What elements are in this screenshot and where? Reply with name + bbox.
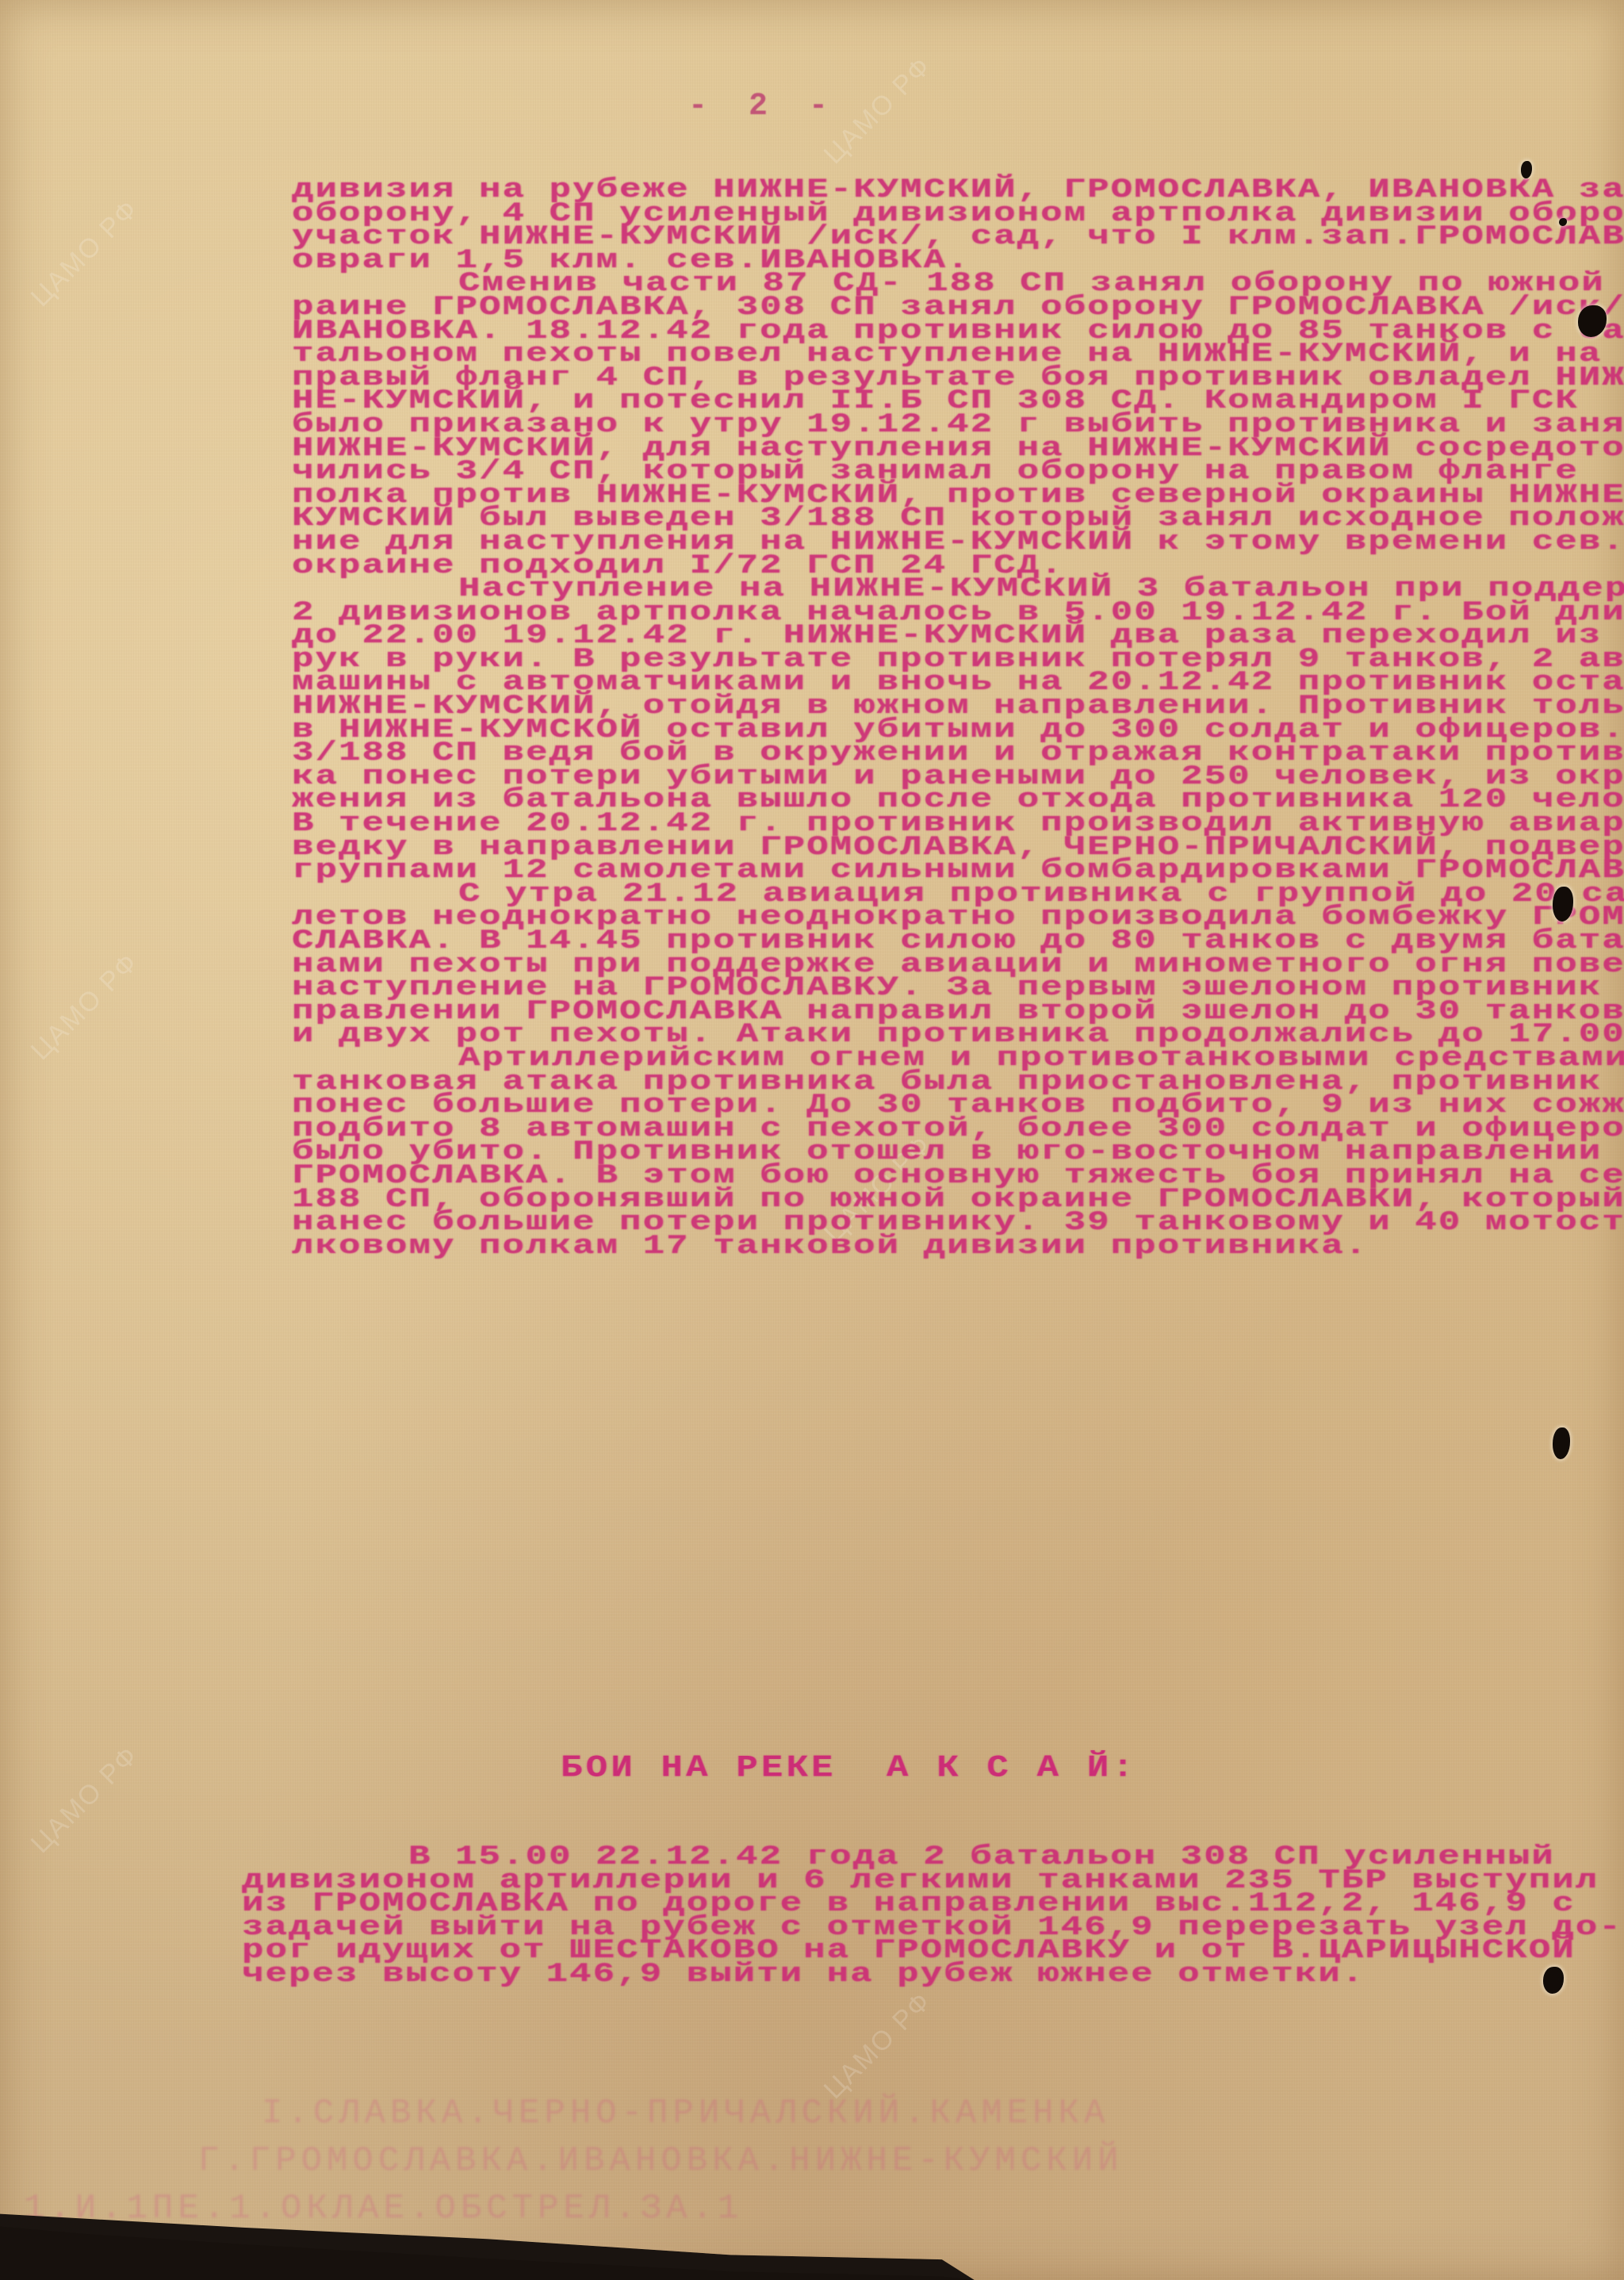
typed-line: жения из батальона вышло после отхода пр… [292,791,1624,808]
bleed-through-text: 1.И.1ПЕ.1.ОКЛАЕ.ОБСТРЕЛ.ЗА.1 [24,2189,743,2228]
document-page: ЦАМО РФ ЦАМО РФ ЦАМО РФ ЦАМО РФ ЦАМО РФ … [0,0,1624,2280]
typed-line: ГРОМОСЛАВКА. В этом бою основную тяжесть… [292,1167,1624,1184]
typed-line: до 22.00 19.12.42 г. НИЖНЕ-КУМСКИЙ два р… [292,627,1624,644]
typed-line: в НИЖНЕ-КУМСКОЙ оставил убитыми до 300 с… [292,721,1624,738]
typed-line: наступление на ГРОМОСЛАВКУ. За первым эш… [292,979,1624,996]
typed-line: было убито. Противник отошел в юго-восто… [292,1143,1624,1160]
typed-line: правый фланг 4 СП, в результате боя прот… [292,369,1624,386]
typed-line: машины с автоматчиками и вночь на 20.12.… [292,673,1624,691]
typed-line: и двух рот пехоты. Атаки противника прод… [292,1025,1624,1043]
page-number-marker: - 2 - [688,89,839,125]
typed-line: ние для наступления на НИЖНЕ-КУМСКИЙ к э… [292,533,1624,550]
typed-line: раине ГРОМОСЛАВКА, 308 СП занял оборону … [292,298,1624,316]
report-body-section-2: В 15.00 22.12.42 года 2 батальон 308 СП … [242,1848,1590,1989]
typed-line: тальоном пехоты повел наступление на НИЖ… [292,345,1624,362]
typed-line: танковая атака противника была приостано… [292,1073,1624,1090]
typed-line: НИЖНЕ-КУМСКИЙ, для наступления на НИЖНЕ-… [292,439,1624,457]
typed-line: СЛАВКА. В 14.45 противник силою до 80 та… [292,932,1624,949]
typed-line: оборону, 4 СП усиленный дивизионом артпо… [292,205,1624,222]
section-heading-aksay: БОИ НА РЕКЕ А К С А Й: [561,1750,1137,1785]
typed-line: Сменив части 87 СД- 188 СП занял оборону… [292,274,1624,292]
typed-line: группами 12 самолетами сильными бомбарди… [292,861,1624,879]
paper-damage-hole [1553,1427,1570,1459]
typed-line: рог идущих от ШЕСТАКОВО на ГРОМОСЛАВКУ и… [242,1941,1590,1959]
typed-line: лковому полкам 17 танковой дивизии проти… [292,1237,1624,1255]
typed-line: нами пехоты при поддержке авиации и мино… [292,956,1624,973]
typed-line: ИВАНОВКА. 18.12.42 года противник силою … [292,322,1624,339]
typed-line: нанес большие потери противнику. 39 танк… [292,1213,1624,1231]
typed-line: было приказано к утру 19.12.42 г выбить … [292,416,1624,433]
report-body-section-1: дивизия на рубеже НИЖНЕ-КУМСКИЙ, ГРОМОСЛ… [292,181,1624,1260]
bleed-through-text: Г.ГРОМОСЛАВКА.ИВАНОВКА.НИЖНЕ-КУМСКИЙ [198,2141,1124,2181]
typed-line: ведку в направлении ГРОМОСЛАВКА, ЧЕРНО-П… [292,838,1624,856]
typed-line: из ГРОМОСЛАВКА по дороге в направлении в… [242,1895,1590,1912]
typed-line: окраине подходил I/72 ГСП 24 ГСД. [292,557,1624,574]
typed-line: НЕ-КУМСКИЙ, и потеснил II.Б СП 308 СД. К… [292,392,1624,409]
typed-line: дивизия на рубеже НИЖНЕ-КУМСКИЙ, ГРОМОСЛ… [292,181,1624,198]
typed-line: 3/188 СП ведя бой в окружении и отражая … [292,744,1624,761]
typed-line: В течение 20.12.42 г. противник производ… [292,814,1624,832]
typed-line: дивизионом артиллерии и 6 легкими танкам… [242,1872,1590,1889]
typed-line: КУМСКИЙ был выведен 3/188 СП который зан… [292,509,1624,527]
archive-watermark: ЦАМО РФ [25,1740,145,1860]
typed-line: 2 дивизионов артполка началось в 5.00 19… [292,604,1624,621]
paper-damage-hole [1543,1967,1564,1994]
typed-line: подбито 8 автомашин с пехотой, более 300… [292,1120,1624,1137]
typed-line: чились 3/4 СП, который занимал оборону н… [292,462,1624,480]
typed-line: 188 СП, оборонявший по южной окраине ГРО… [292,1190,1624,1208]
bleed-through-text: I.СЛАВКА.ЧЕРНО-ПРИЧАЛСКИЙ.КАМЕНКА [262,2094,1109,2133]
archive-watermark: ЦАМО РФ [25,947,145,1067]
typed-line: летов неоднократно неоднократно производ… [292,908,1624,925]
archive-watermark: ЦАМО РФ [818,1986,938,2106]
typed-line: Артиллерийским огнем и противотанковыми … [292,1049,1624,1067]
typed-line: В 15.00 22.12.42 года 2 батальон 308 СП … [242,1848,1590,1865]
typed-line: Наступление на НИЖНЕ-КУМСКИЙ 3 батальон … [292,580,1624,597]
typed-line: через высоту 146,9 выйти на рубеж южнее … [242,1965,1590,1983]
typed-line: участок НИЖНЕ-КУМСКИЙ /иск/, сад, что I … [292,228,1624,245]
typed-line: НИЖНЕ-КУМСКИЙ, отойдя в южном направлени… [292,697,1624,715]
typed-line: понес большие потери. До 30 танков подби… [292,1096,1624,1113]
archive-watermark: ЦАМО РФ [25,194,145,313]
typed-line: полка против НИЖНЕ-КУМСКИЙ, против север… [292,486,1624,504]
